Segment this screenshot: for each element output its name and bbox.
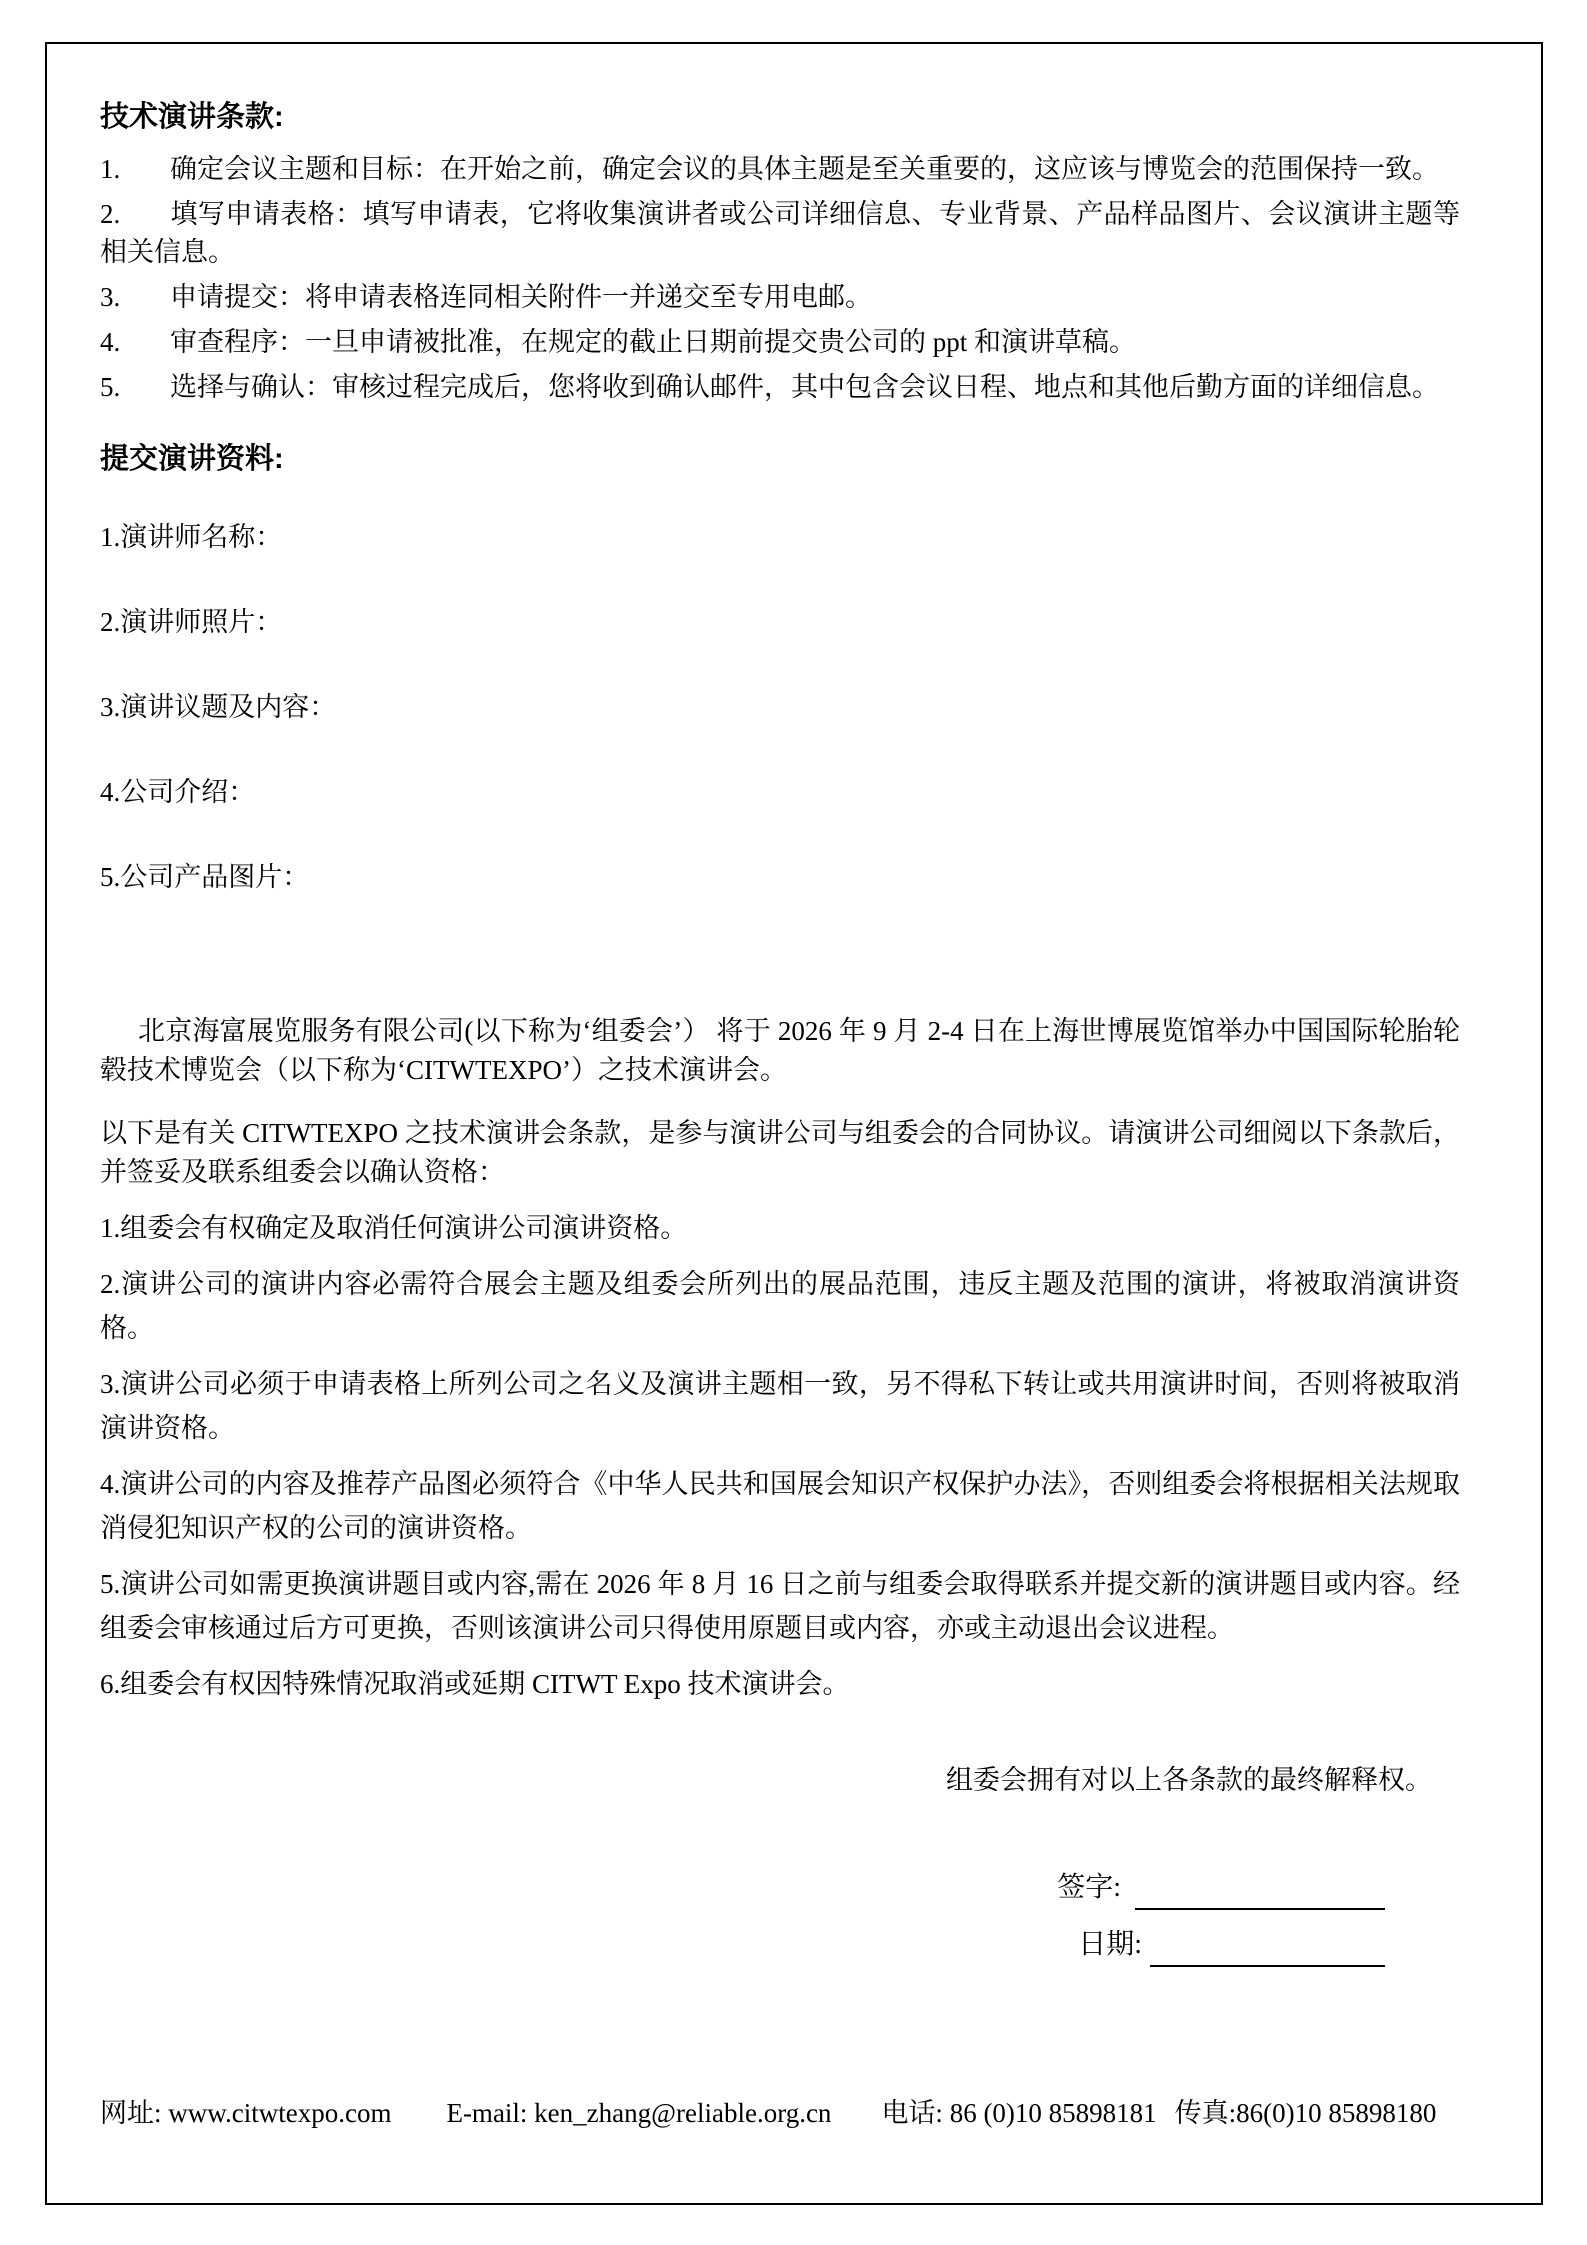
item-text: 确定会议主题和目标：在开始之前，确定会议的具体主题是至关重要的，这应该与博览会的… — [170, 154, 1439, 184]
item-number: 2. — [100, 195, 170, 233]
term-paragraph: 6.组委会有权因特殊情况取消或延期 CITWT Expo 技术演讲会。 — [100, 1662, 1460, 1706]
list-item: 4.公司介绍： — [100, 770, 1460, 815]
list-item: 3.演讲议题及内容： — [100, 685, 1460, 730]
item-text: 填写申请表格：填写申请表，它将收集演讲者或公司详细信息、专业背景、产品样品图片、… — [100, 199, 1460, 267]
intro-paragraph: 以下是有关 CITWTEXPO 之技术演讲会条款，是参与演讲公司与组委会的合同协… — [100, 1114, 1460, 1192]
item-text: 选择与确认：审核过程完成后，您将收到确认邮件，其中包含会议日程、地点和其他后勤方… — [170, 372, 1439, 402]
item-number: 4. — [100, 323, 170, 361]
footer-website: 网址: www.citwtexpo.com — [100, 2095, 391, 2131]
item-number: 5. — [100, 368, 170, 406]
term-paragraph: 3.演讲公司必须于申请表格上所列公司之名义及演讲主题相一致，另不得私下转让或共用… — [100, 1362, 1460, 1450]
term-paragraph: 1.组委会有权确定及取消任何演讲公司演讲资格。 — [100, 1206, 1460, 1250]
contact-footer: 网址: www.citwtexpo.com E-mail: ken_zhang@… — [100, 2095, 1460, 2131]
list-item: 5.公司产品图片： — [100, 855, 1460, 900]
date-label: 日期: — [1078, 1922, 1142, 1967]
final-interpretation-note: 组委会拥有对以上各条款的最终解释权。 — [100, 1758, 1460, 1803]
term-paragraph: 4.演讲公司的内容及推荐产品图必须符合《中华人民共和国展会知识产权保护办法》，否… — [100, 1462, 1460, 1550]
list-item: 1.演讲师名称： — [100, 515, 1460, 560]
list-item: 3.申请提交：将申请表格连同相关附件一并递交至专用电邮。 — [100, 278, 1460, 316]
footer-email: E-mail: ken_zhang@reliable.org.cn — [446, 2095, 831, 2131]
signature-row: 签字: — [100, 1865, 1460, 1910]
intro-paragraph: 北京海富展览服务有限公司(以下称为‘组委会’） 将于 2026 年 9 月 2-… — [100, 1012, 1460, 1090]
date-row: 日期: — [100, 1922, 1460, 1967]
list-item: 2.演讲师照片： — [100, 600, 1460, 645]
date-blank-line[interactable] — [1150, 1929, 1385, 1967]
procedure-list: 1.确定会议主题和目标：在开始之前，确定会议的具体主题是至关重要的，这应该与博览… — [100, 150, 1460, 406]
signature-blank-line[interactable] — [1135, 1872, 1385, 1910]
list-item: 4.审查程序：一旦申请被批准，在规定的截止日期前提交贵公司的 ppt 和演讲草稿… — [100, 323, 1460, 361]
item-text: 审查程序：一旦申请被批准，在规定的截止日期前提交贵公司的 ppt 和演讲草稿。 — [170, 327, 1136, 357]
signature-label: 签字: — [1057, 1865, 1121, 1910]
item-text: 申请提交：将申请表格连同相关附件一并递交至专用电邮。 — [170, 282, 872, 312]
page-content: 技术演讲条款: 1.确定会议主题和目标：在开始之前，确定会议的具体主题是至关重要… — [100, 0, 1460, 2131]
footer-fax: 传真:86(0)10 85898180 — [1175, 2095, 1437, 2131]
term-paragraph: 5.演讲公司如需更换演讲题目或内容,需在 2026 年 8 月 16 日之前与组… — [100, 1562, 1460, 1650]
footer-phone: 电话: 86 (0)10 85898181 — [881, 2095, 1156, 2131]
list-item: 5.选择与确认：审核过程完成后，您将收到确认邮件，其中包含会议日程、地点和其他后… — [100, 368, 1460, 406]
item-number: 3. — [100, 278, 170, 316]
materials-section-heading: 提交演讲资料: — [100, 444, 1460, 475]
list-item: 1.确定会议主题和目标：在开始之前，确定会议的具体主题是至关重要的，这应该与博览… — [100, 150, 1460, 188]
item-number: 1. — [100, 150, 170, 188]
term-paragraph: 2.演讲公司的演讲内容必需符合展会主题及组委会所列出的展品范围，违反主题及范围的… — [100, 1262, 1460, 1350]
list-item: 2.填写申请表格：填写申请表，它将收集演讲者或公司详细信息、专业背景、产品样品图… — [100, 195, 1460, 271]
terms-section-heading: 技术演讲条款: — [100, 102, 1460, 133]
materials-list: 1.演讲师名称： 2.演讲师照片： 3.演讲议题及内容： 4.公司介绍： 5.公… — [100, 515, 1460, 900]
